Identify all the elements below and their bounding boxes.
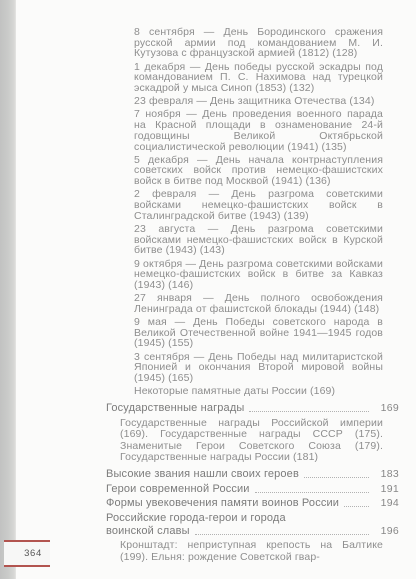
dot-leader <box>249 411 369 412</box>
toc-section: Российские города-герои и городавоинской… <box>106 513 399 563</box>
toc-date-entry: 3 сентября — День Победы над милитаристс… <box>134 352 383 384</box>
toc-section: Герои современной России191 <box>106 484 399 495</box>
section-title: Герои современной России <box>106 484 250 495</box>
section-row: воинской славы196 <box>106 526 399 537</box>
section-row: Высокие звания нашли своих героев183 <box>106 469 399 480</box>
section-row: Герои современной России191 <box>106 484 399 495</box>
book-edge-strip <box>0 0 16 579</box>
section-note: Государственные награды Российской импер… <box>120 418 383 464</box>
toc-section: Формы увековечения памяти воинов России1… <box>106 498 399 509</box>
section-title: Высокие звания нашли своих героев <box>106 469 299 480</box>
dot-leader <box>304 477 369 478</box>
toc-date-entry: 27 января — День полного освобождения Ле… <box>134 293 383 314</box>
toc-date-entry: 23 августа — День разгрома советскими во… <box>134 224 383 256</box>
section-page-number: 196 <box>373 526 399 537</box>
book-page: { "colors": { "accent_red": "#b2544f", "… <box>0 0 416 579</box>
toc-date-entries: 8 сентября — День Бородинского сражения … <box>134 27 383 400</box>
toc-section: Государственные награды169Государственны… <box>106 403 399 463</box>
section-page-number: 194 <box>373 498 399 509</box>
toc-date-entry: 7 ноября — День проведения военного пара… <box>134 109 383 152</box>
folio-number: 364 <box>24 548 42 559</box>
toc-date-entry: 23 февраля — День защитника Отечества (1… <box>134 96 383 107</box>
section-title: воинской славы <box>106 526 190 537</box>
section-row: Формы увековечения памяти воинов России1… <box>106 498 399 509</box>
toc-date-entry: 8 сентября — День Бородинского сражения … <box>134 27 383 59</box>
dot-leader <box>255 492 369 493</box>
toc-date-entry: 9 мая — День Победы советского народа в … <box>134 317 383 349</box>
section-title: Формы увековечения памяти воинов России <box>106 498 339 509</box>
section-title-line: Российские города-герои и города <box>106 513 399 524</box>
toc-date-entry: 5 декабря — День начала контрнаступления… <box>134 155 383 187</box>
toc-date-entry: 9 октября — День разгрома советскими вой… <box>134 259 383 291</box>
toc-section: Высокие звания нашли своих героев183 <box>106 469 399 480</box>
section-title: Государственные награды <box>106 403 244 414</box>
section-row: Государственные награды169 <box>106 403 399 414</box>
section-page-number: 183 <box>373 469 399 480</box>
toc-date-entry: Некоторые памятные даты России (169) <box>134 386 383 397</box>
toc-date-entry: 2 февраля — День разгрома советскими вой… <box>134 189 383 221</box>
section-page-number: 191 <box>373 484 399 495</box>
section-note: Кронштадт: неприступная крепость на Балт… <box>120 540 383 563</box>
dot-leader <box>344 506 369 507</box>
dot-leader <box>195 534 369 535</box>
toc-date-entry: 1 декабря — День победы русской эскадры … <box>134 62 383 94</box>
section-page-number: 169 <box>373 403 399 414</box>
folio-tab: 364 <box>4 540 50 567</box>
toc-sections: Государственные награды169Государственны… <box>106 403 399 569</box>
